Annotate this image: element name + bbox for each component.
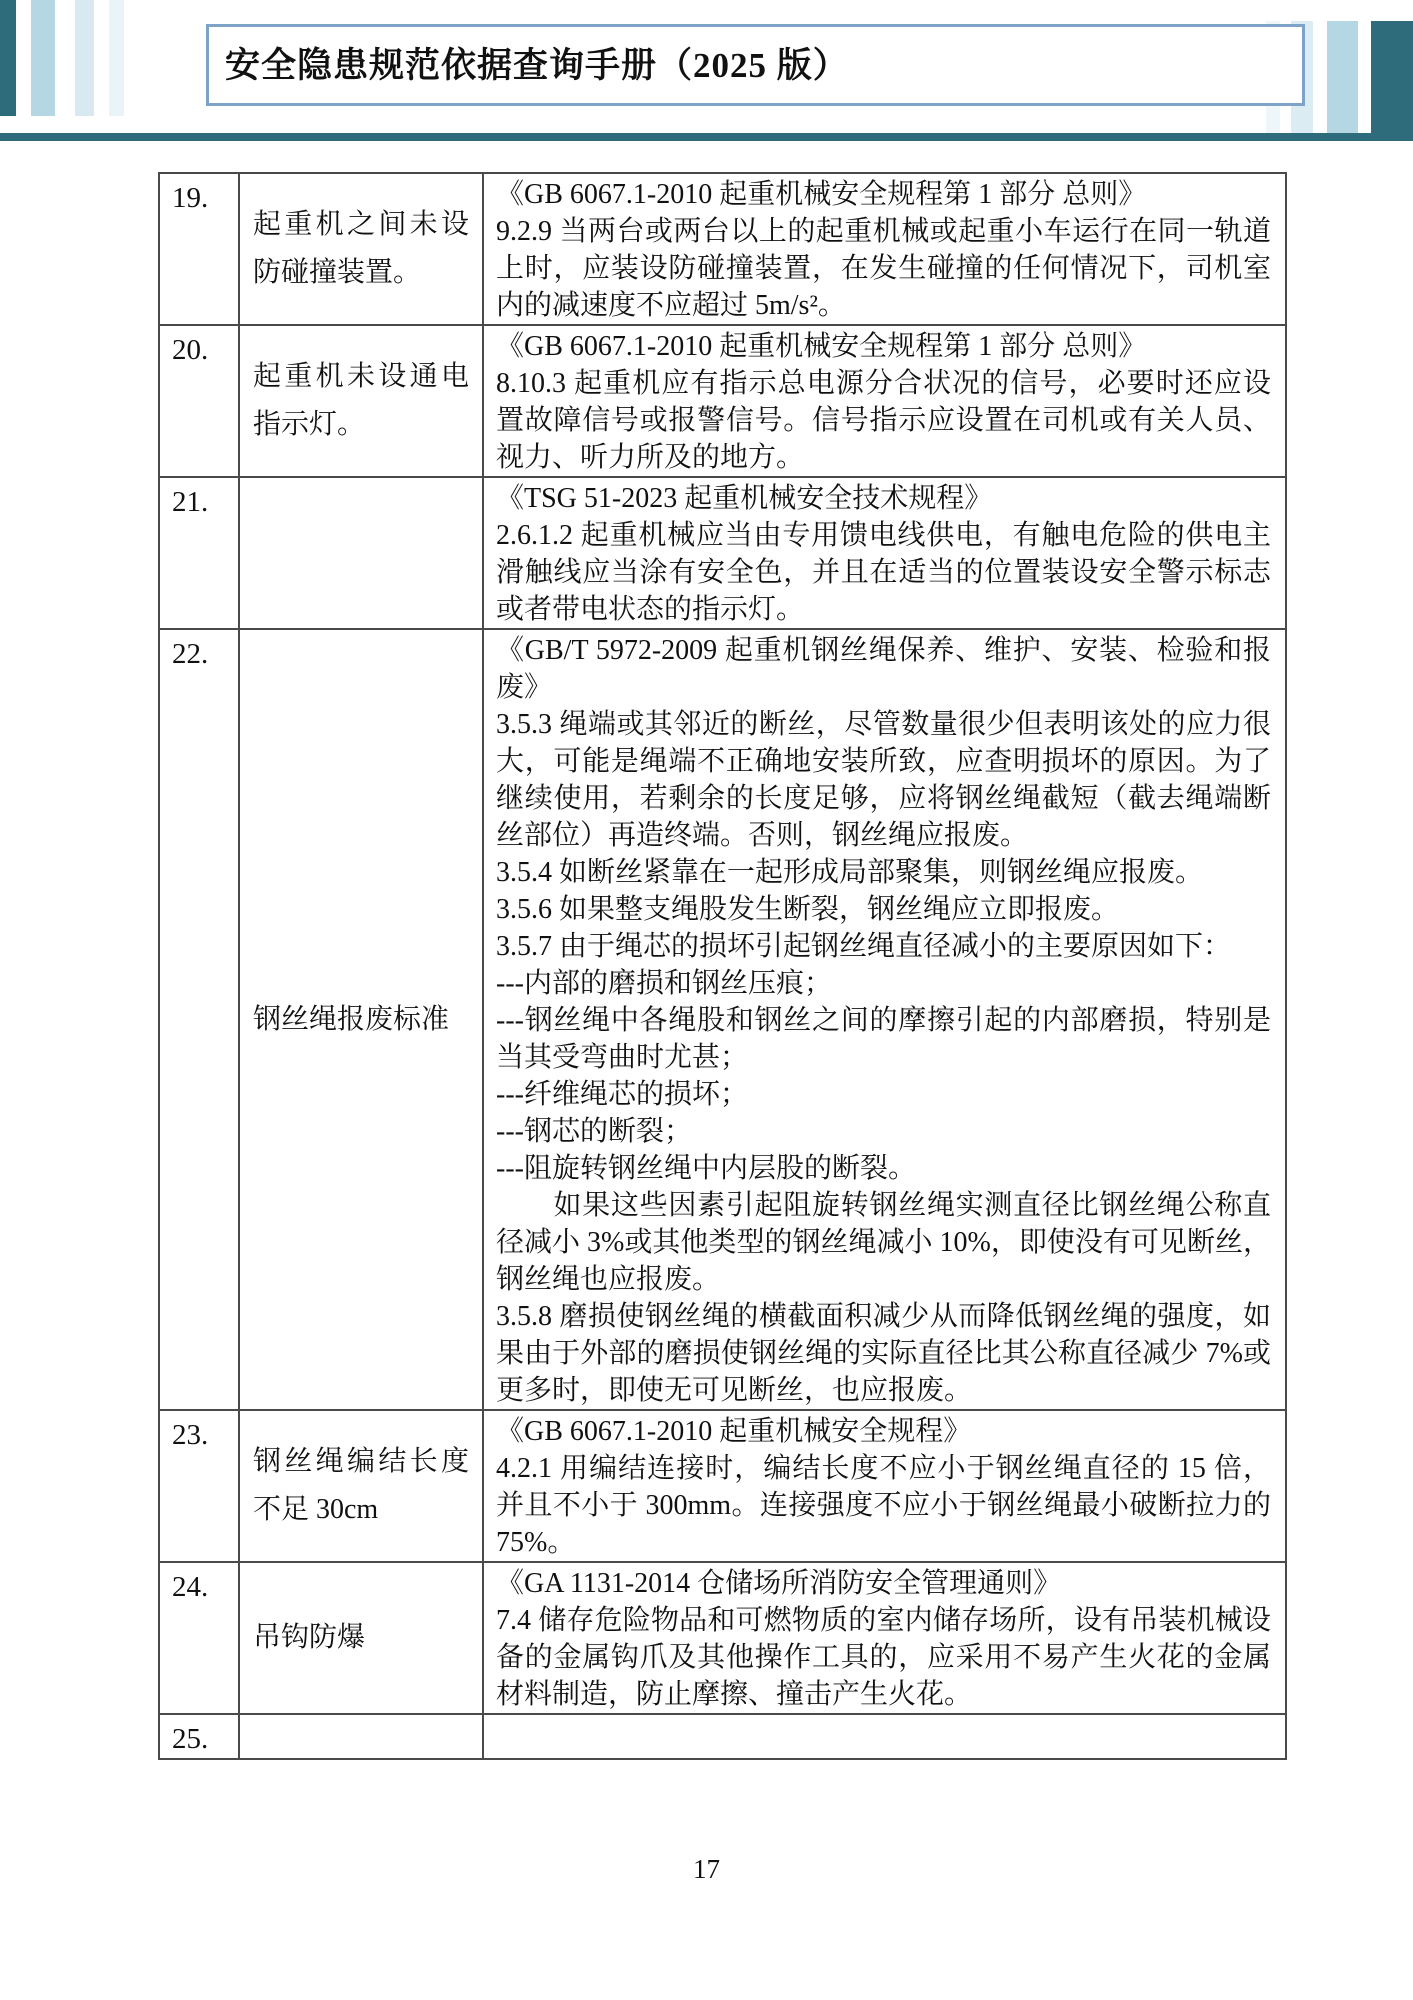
table-row: 22.钢丝绳报废标准《GB/T 5972-2009 起重机钢丝绳保养、维护、安装… — [159, 629, 1286, 1410]
regulation-title: 《GB 6067.1-2010 起重机械安全规程》 — [496, 1413, 1271, 1450]
regulation-paragraph: 3.5.3 绳端或其邻近的断丝，尽管数量很少但表明该处的应力很大，可能是绳端不正… — [496, 706, 1271, 854]
regulation-paragraph: 3.5.8 磨损使钢丝绳的横截面积减少从而降低钢丝绳的强度，如果由于外部的磨损使… — [496, 1298, 1271, 1409]
header-title-box: 安全隐患规范依据查询手册（2025 版） — [206, 24, 1305, 106]
decor-left-teal-bar — [0, 0, 16, 116]
regulation-paragraph: ---纤维绳芯的损坏； — [496, 1076, 1271, 1113]
table-row: 19.起重机之间未设防碰撞装置。《GB 6067.1-2010 起重机械安全规程… — [159, 173, 1286, 325]
regulation-paragraph: ---阻旋转钢丝绳中内层股的断裂。 — [496, 1150, 1271, 1187]
page-number: 17 — [0, 1854, 1413, 1885]
row-number-cell: 25. — [159, 1714, 239, 1759]
regulation-paragraph: 3.5.4 如断丝紧靠在一起形成局部聚集，则钢丝绳应报废。 — [496, 854, 1271, 891]
row-number-cell: 20. — [159, 325, 239, 477]
regulation-cell: 《GB 6067.1-2010 起重机械安全规程第 1 部分 总则》9.2.9 … — [483, 173, 1286, 325]
table-row: 20.起重机未设通电指示灯。《GB 6067.1-2010 起重机械安全规程第 … — [159, 325, 1286, 477]
regulation-paragraph: ---内部的磨损和钢丝压痕； — [496, 965, 1271, 1002]
regulation-paragraph: 8.10.3 起重机应有指示总电源分合状况的信号，必要时还应设置故障信号或报警信… — [496, 365, 1271, 476]
row-number-cell: 19. — [159, 173, 239, 325]
hazard-description-cell — [239, 477, 483, 629]
row-number-cell: 21. — [159, 477, 239, 629]
regulation-paragraph: 3.5.6 如果整支绳股发生断裂，钢丝绳应立即报废。 — [496, 891, 1271, 928]
regulation-cell — [483, 1714, 1286, 1759]
decor-left-stripe-2 — [75, 0, 94, 116]
table-row: 25. — [159, 1714, 1286, 1759]
regulation-paragraph: 2.6.1.2 起重机械应当由专用馈电线供电，有触电危险的供电主滑触线应当涂有安… — [496, 517, 1271, 628]
regulation-paragraph: 4.2.1 用编结连接时，编结长度不应小于钢丝绳直径的 15 倍，并且不小于 3… — [496, 1450, 1271, 1561]
regulation-paragraph: 3.5.7 由于绳芯的损坏引起钢丝绳直径减小的主要原因如下： — [496, 928, 1271, 965]
regulation-cell: 《GB 6067.1-2010 起重机械安全规程第 1 部分 总则》8.10.3… — [483, 325, 1286, 477]
regulation-paragraph: 如果这些因素引起阻旋转钢丝绳实测直径比钢丝绳公称直径减小 3%或其他类型的钢丝绳… — [496, 1187, 1271, 1298]
hazard-description-cell: 起重机之间未设防碰撞装置。 — [239, 173, 483, 325]
decor-left-stripe-1 — [31, 0, 55, 116]
hazard-description-cell: 起重机未设通电指示灯。 — [239, 325, 483, 477]
table-row: 21.《TSG 51-2023 起重机械安全技术规程》2.6.1.2 起重机械应… — [159, 477, 1286, 629]
regulation-paragraph: ---钢丝绳中各绳股和钢丝之间的摩擦引起的内部磨损，特别是当其受弯曲时尤甚； — [496, 1002, 1271, 1076]
regulation-cell: 《GB/T 5972-2009 起重机钢丝绳保养、维护、安装、检验和报废》3.5… — [483, 629, 1286, 1410]
row-number-cell: 23. — [159, 1410, 239, 1562]
decor-right-teal-block — [1371, 21, 1413, 141]
regulation-table-body: 19.起重机之间未设防碰撞装置。《GB 6067.1-2010 起重机械安全规程… — [159, 173, 1286, 1759]
regulation-title: 《GB 6067.1-2010 起重机械安全规程第 1 部分 总则》 — [496, 328, 1271, 365]
regulation-title: 《TSG 51-2023 起重机械安全技术规程》 — [496, 480, 1271, 517]
table-row: 24.吊钩防爆《GA 1131-2014 仓储场所消防安全管理通则》7.4 储存… — [159, 1562, 1286, 1714]
regulation-title: 《GB/T 5972-2009 起重机钢丝绳保养、维护、安装、检验和报废》 — [496, 632, 1271, 706]
table-row: 23.钢丝绳编结长度不足 30cm《GB 6067.1-2010 起重机械安全规… — [159, 1410, 1286, 1562]
decor-right-stripe-1 — [1327, 21, 1358, 133]
regulation-table: 19.起重机之间未设防碰撞装置。《GB 6067.1-2010 起重机械安全规程… — [158, 172, 1287, 1760]
hazard-description-cell: 钢丝绳报废标准 — [239, 629, 483, 1410]
regulation-paragraph: ---钢芯的断裂； — [496, 1113, 1271, 1150]
decor-left-stripe-3 — [109, 0, 124, 116]
decor-header-rule — [0, 133, 1413, 141]
document-page: { "page": { "title": "安全隐患规范依据查询手册（2025 … — [0, 0, 1413, 2000]
regulation-title: 《GA 1131-2014 仓储场所消防安全管理通则》 — [496, 1565, 1271, 1602]
regulation-cell: 《TSG 51-2023 起重机械安全技术规程》2.6.1.2 起重机械应当由专… — [483, 477, 1286, 629]
page-title: 安全隐患规范依据查询手册（2025 版） — [225, 38, 1302, 88]
row-number-cell: 22. — [159, 629, 239, 1410]
regulation-title: 《GB 6067.1-2010 起重机械安全规程第 1 部分 总则》 — [496, 176, 1271, 213]
hazard-description-cell: 吊钩防爆 — [239, 1562, 483, 1714]
regulation-cell: 《GA 1131-2014 仓储场所消防安全管理通则》7.4 储存危险物品和可燃… — [483, 1562, 1286, 1714]
hazard-description-cell — [239, 1714, 483, 1759]
regulation-paragraph: 9.2.9 当两台或两台以上的起重机械或起重小车运行在同一轨道上时，应装设防碰撞… — [496, 213, 1271, 324]
hazard-description-cell: 钢丝绳编结长度不足 30cm — [239, 1410, 483, 1562]
regulation-cell: 《GB 6067.1-2010 起重机械安全规程》4.2.1 用编结连接时，编结… — [483, 1410, 1286, 1562]
regulation-paragraph: 7.4 储存危险物品和可燃物质的室内储存场所，设有吊装机械设备的金属钩爪及其他操… — [496, 1602, 1271, 1713]
row-number-cell: 24. — [159, 1562, 239, 1714]
